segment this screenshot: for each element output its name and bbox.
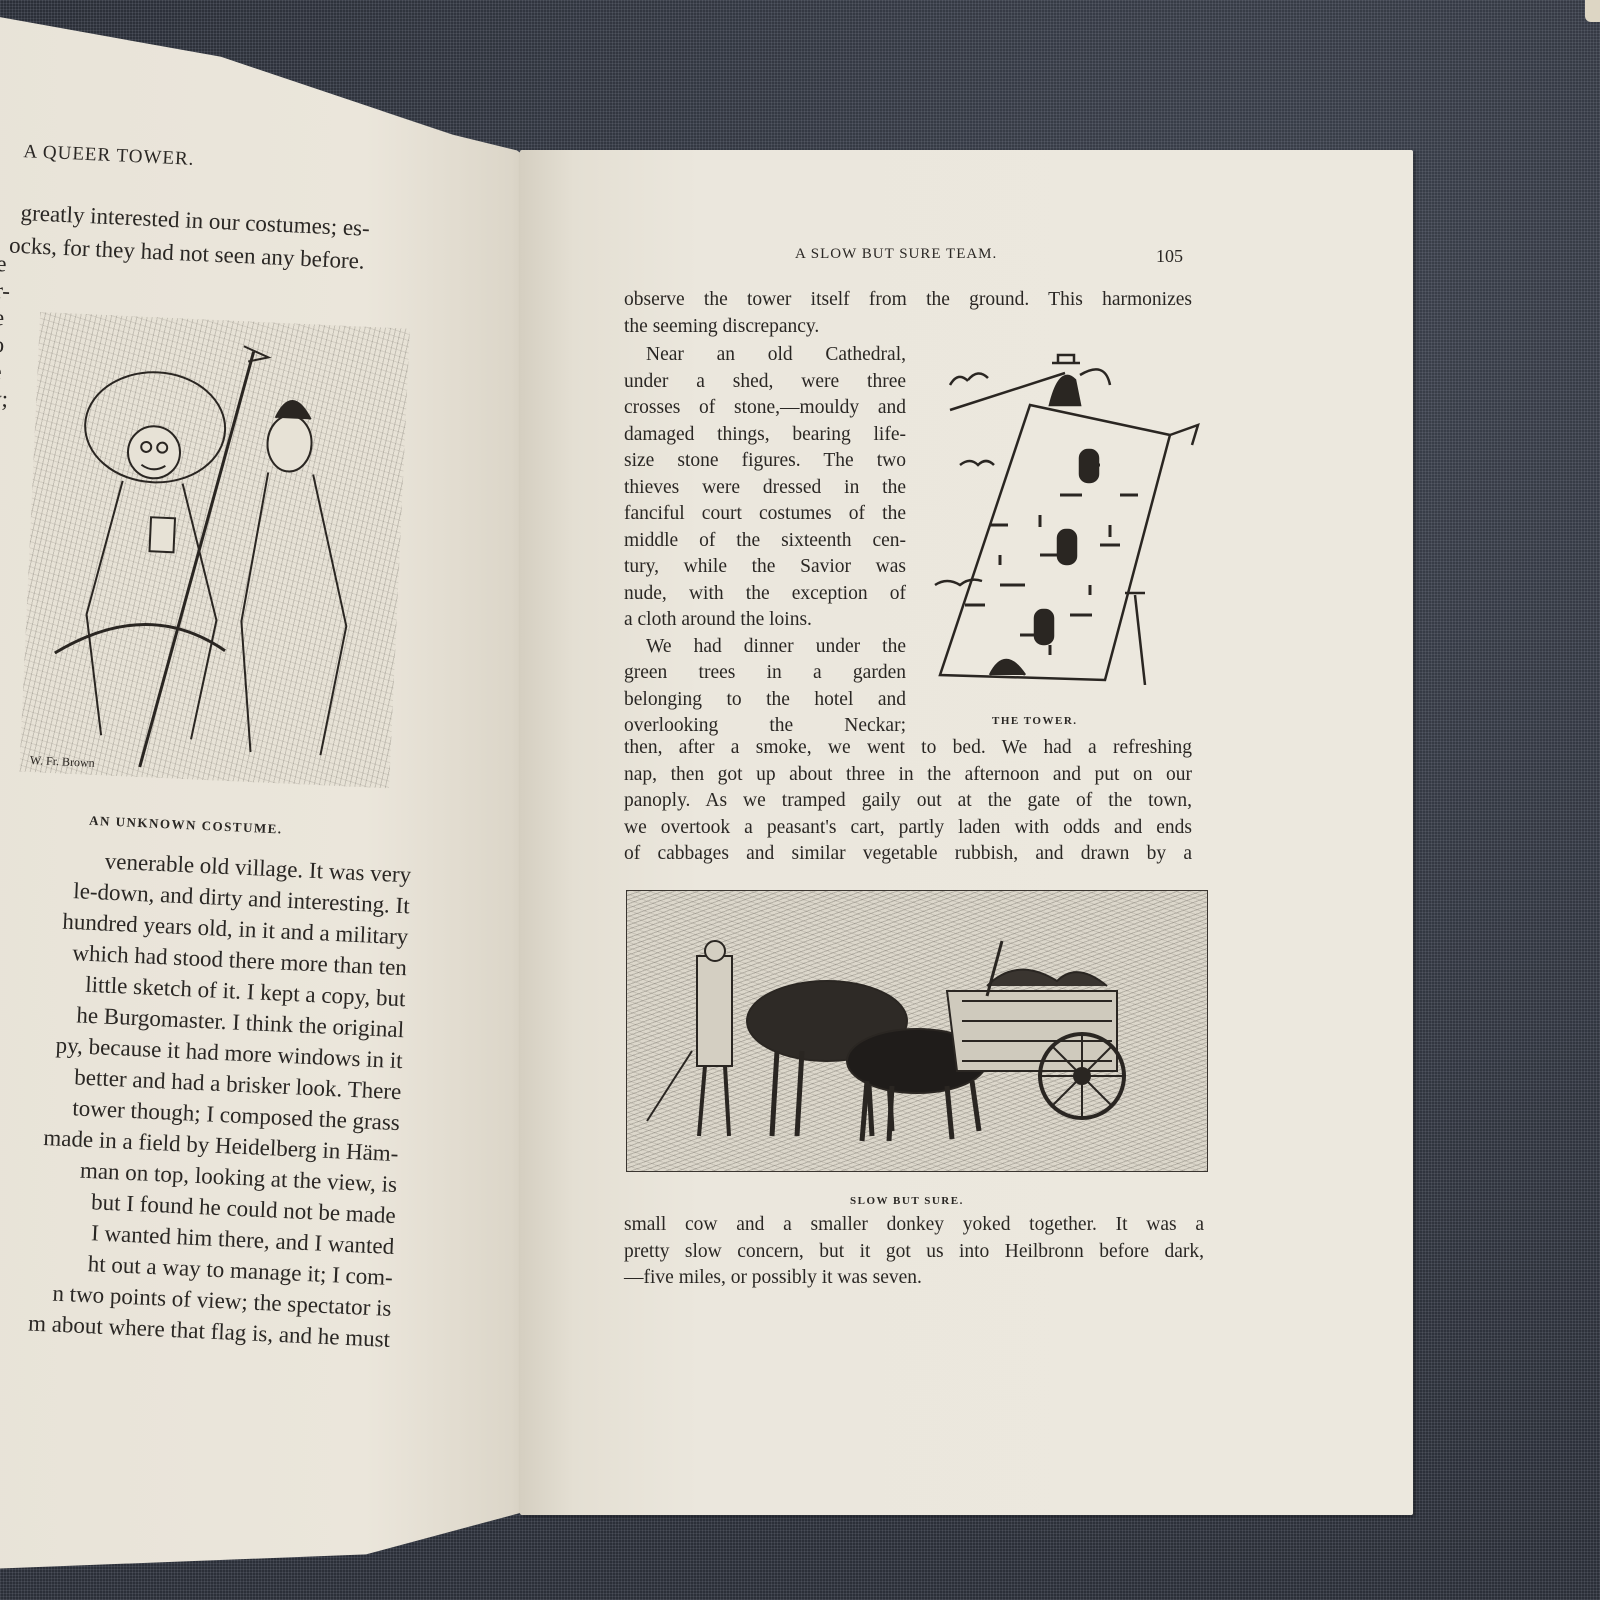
text-line: —five miles, or possibly it was seven. xyxy=(624,1265,1204,1292)
text-line: crosses of stone,—mouldy and xyxy=(624,395,906,422)
text-line: green trees in a garden xyxy=(624,660,906,687)
text-line: We had dinner under the xyxy=(624,634,906,661)
text-line: then, after a smoke, we went to bed. We … xyxy=(624,735,1192,762)
text-line: tury, while the Savior was xyxy=(624,554,906,581)
text-line: thieves were dressed in the xyxy=(624,475,906,502)
page-number: 105 xyxy=(1156,246,1183,267)
fragment: n xyxy=(0,466,7,494)
text-line: belonging to the hotel and xyxy=(624,687,906,714)
text-line: the seeming discrepancy. xyxy=(624,314,1192,341)
fragment: e xyxy=(0,358,12,386)
fragment: y; xyxy=(0,385,11,413)
text-line: under a shed, were three xyxy=(624,369,906,396)
ox-cart-icon xyxy=(627,891,1207,1171)
fragment: e xyxy=(0,304,15,332)
right-running-head: A SLOW BUT SURE TEAM. xyxy=(795,246,997,263)
ox-cart-caption: SLOW BUT SURE. xyxy=(850,1195,964,1207)
tower-caption: THE TOWER. xyxy=(992,715,1078,727)
fragment: r- xyxy=(0,277,16,305)
paper-corner xyxy=(1585,0,1600,22)
column-text: Near an old Cathedral, under a shed, wer… xyxy=(624,342,906,740)
text-line: we overtook a peasant's cart, partly lad… xyxy=(624,815,1192,842)
text-line: observe the tower itself from the ground… xyxy=(624,287,1192,314)
leaning-tower-icon xyxy=(930,345,1200,685)
fragment: e xyxy=(0,250,17,278)
text-line: pretty slow concern, but it got us into … xyxy=(624,1239,1204,1266)
costume-illustration: W. Fr. Brown xyxy=(19,312,409,788)
fragment: o xyxy=(0,331,13,359)
text-line: nude, with the exception of xyxy=(624,581,906,608)
book-photo: A QUEER TOWER. greatly interested in our… xyxy=(0,0,1600,1600)
fragment: g xyxy=(0,439,8,467)
text-line: size stone figures. The two xyxy=(624,448,906,475)
text-line: middle of the sixteenth cen- xyxy=(624,528,906,555)
closing-text: small cow and a smaller donkey yoked tog… xyxy=(624,1212,1204,1292)
middle-text: then, after a smoke, we went to bed. We … xyxy=(624,735,1192,868)
left-bottom-text: venerable old village. It was very le-do… xyxy=(0,839,412,1354)
costume-drawing-icon: W. Fr. Brown xyxy=(19,312,409,788)
text-line: nap, then got up about three in the afte… xyxy=(624,762,1192,789)
text-line: Near an old Cathedral, xyxy=(624,342,906,369)
text-line: a cloth around the loins. xyxy=(624,607,906,634)
text-line: panoply. As we tramped gaily out at the … xyxy=(624,788,1192,815)
text-line: damaged things, bearing life- xyxy=(624,422,906,449)
right-page: A SLOW BUT SURE TEAM. 105 observe the to… xyxy=(520,150,1413,1515)
ox-cart-illustration xyxy=(626,890,1208,1172)
opening-text: observe the tower itself from the ground… xyxy=(624,287,1192,340)
tower-illustration xyxy=(930,345,1200,685)
fragment: d xyxy=(0,412,10,440)
text-line: small cow and a smaller donkey yoked tog… xyxy=(624,1212,1204,1239)
text-line: of cabbages and similar vegetable rubbis… xyxy=(624,841,1192,868)
text-line: fanciful court costumes of the xyxy=(624,501,906,528)
illustrator-signature: W. Fr. Brown xyxy=(30,753,95,770)
